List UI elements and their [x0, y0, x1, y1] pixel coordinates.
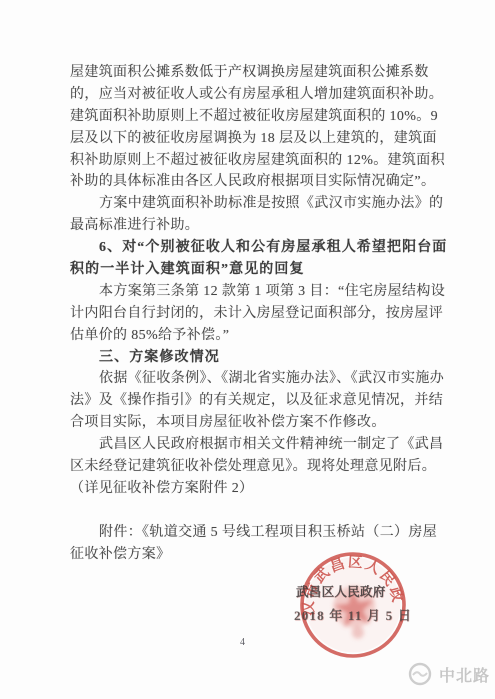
doc-heading-section-3: 三、方案修改情况	[70, 347, 442, 369]
document-text-block: 屋建筑面积公摊系数低于产权调换房屋建筑面积公摊系数 的，应当对被征收人或公有房屋…	[70, 62, 442, 565]
doc-line: 补助的具体标准由各区人民政府根据项目实际情况确定”。	[70, 171, 442, 193]
document-page: 屋建筑面积公摊系数低于产权调换房屋建筑面积公摊系数 的，应当对被征收人或公有房屋…	[0, 0, 495, 699]
doc-line: （详见征收补偿方案附件 2）	[70, 478, 442, 500]
doc-line: 依据《征收条例》、《湖北省实施办法》、《武汉市实施办	[70, 368, 442, 390]
doc-line: 合项目实际，本项目房屋征收补偿方案不作修改。	[70, 412, 442, 434]
doc-line: 法》及《操作指引》的有关规定，以及征求意见情况，并结	[70, 390, 442, 412]
doc-line: 积补助原则上不超过被征收房屋建筑面积的 12%。建筑面积	[70, 150, 442, 172]
seal-date-text: 2018 年 11 月 5 日	[294, 605, 412, 624]
account-watermark: 中北路	[408, 662, 490, 686]
doc-line: 估单价的 85%给予补偿。”	[70, 325, 442, 347]
doc-line: 区未经登记建筑征收补偿处理意见》。现将处理意见附后。	[70, 456, 442, 478]
doc-line: 屋建筑面积公摊系数低于产权调换房屋建筑面积公摊系数	[70, 62, 442, 84]
doc-line: 的，应当对被征收人或公有房屋承租人增加建筑面积补助。	[70, 84, 442, 106]
government-seal: 武汉市武昌区人民政府 武昌区人民政府 2018 年 11 月 5 日	[288, 545, 418, 665]
doc-line: 最高标准进行补助。	[70, 215, 442, 237]
account-name: 中北路	[439, 663, 490, 686]
doc-line: 方案中建筑面积补助标准是按照《武汉市实施办法》的	[70, 193, 442, 215]
doc-attachment-line: 附件：《轨道交通 5 号线工程项目积玉桥站（二）房屋	[70, 522, 442, 544]
doc-line: 武昌区人民政府根据市相关文件精神统一制定了《武昌	[70, 434, 442, 456]
page-number: 4	[240, 637, 245, 648]
doc-line: 建筑面积补助原则上不超过被征收房屋建筑面积的 10%。9	[70, 106, 442, 128]
doc-line: 层及以下的被征收房屋调换为 18 层及以上建筑的，建筑面	[70, 128, 442, 150]
account-logo-icon	[408, 662, 432, 686]
doc-heading-reply-6-cont: 积的一半计入建筑面积”意见的回复	[70, 259, 442, 281]
seal-issuer-text: 武昌区人民政府	[296, 582, 386, 600]
doc-line: 计内阳台自行封闭的，未计入房屋登记面积部分，按房屋评	[70, 303, 442, 325]
doc-heading-reply-6: 6、对“个别被征收人和公有房屋承租人希望把阳台面	[70, 237, 442, 259]
doc-line: 本方案第三条第 12 款第 1 项第 3 目：“住宅房屋结构设	[70, 281, 442, 303]
